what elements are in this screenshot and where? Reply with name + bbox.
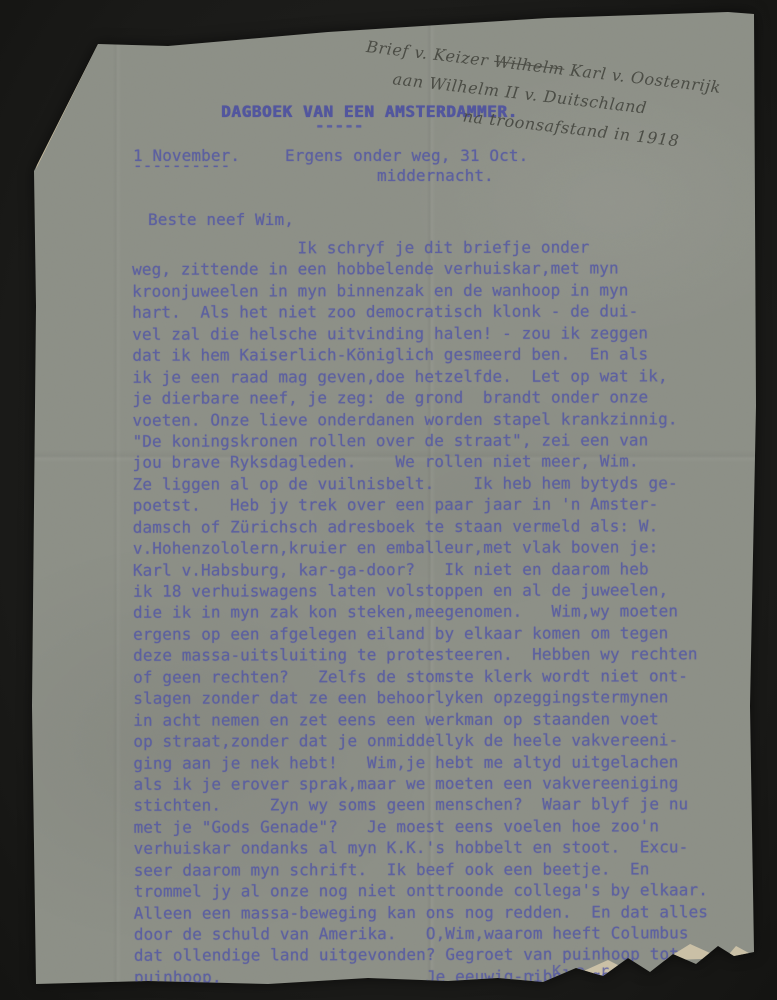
letter-body-line: stichten. Zyn wy soms geen menschen? Waa…	[133, 794, 707, 817]
letter-body-line: ik 18 verhuiswagens laten volstoppen en …	[133, 579, 707, 602]
letter-body-line: verhuiskar ondanks al myn K.K.'s hobbelt…	[134, 836, 708, 859]
letter-paper: DAGBOEK VAN EEN AMSTERDAMMER. ----- 1 No…	[28, 6, 758, 990]
paper-shadow-wrap: DAGBOEK VAN EEN AMSTERDAMMER. ----- 1 No…	[0, 0, 777, 1000]
letter-body-line: poetst. Heb jy trek over een paar jaar i…	[133, 493, 707, 516]
date-underline: ----------	[133, 156, 230, 175]
letter-body-line: dat ollendige land uitgevonden? Gegroet …	[134, 944, 708, 967]
letter-body-line: dat ik hem Kaiserlich-Königlich gesmeerd…	[132, 343, 706, 366]
annotation-struck-word: Wilhelm	[493, 52, 565, 79]
dateline-place: Ergens onder weg, 31 Oct.	[285, 146, 528, 165]
letter-body-line: seer daarom myn schrift. Ik beef ook een…	[134, 858, 708, 881]
letter-body-line: Alleen een massa-beweging kan ons nog re…	[134, 901, 708, 924]
photo-background: DAGBOEK VAN EEN AMSTERDAMMER. ----- 1 No…	[0, 0, 777, 1000]
letter-body-line: damsch of Zürichsch adresboek te staan v…	[133, 515, 707, 538]
letter-body-line: of geen rechten? Zelfs de stomste klerk …	[133, 665, 707, 688]
letter-body-line: v.Hohenzololern,kruier en emballeur,met …	[133, 536, 707, 559]
letter-body-line: ging aan je nek hebt! Wim,je hebt me alt…	[133, 751, 707, 774]
torn-edge	[724, 946, 754, 960]
title-underline: -----	[315, 116, 364, 135]
letter-body-line: trommel jy al onze nog niet onttroonde c…	[134, 879, 708, 902]
signature: . K a r l	[528, 962, 636, 980]
letter-body-line: met je "Gods Genade"? Je moest eens voel…	[134, 815, 708, 838]
letter-body-line: ik je een raad mag geven,doe hetzelfde. …	[132, 365, 706, 388]
dateline-time: middernacht.	[377, 166, 494, 185]
letter-body-line: Ze liggen al op de vuilnisbelt. Ik heb h…	[133, 472, 707, 495]
letter-body: Ik schryf je dit briefje onderweg, zitte…	[132, 236, 708, 988]
letter-body-line: ergens op een afgelegen eiland by elkaar…	[133, 622, 707, 645]
letter-body-line: die ik in myn zak kon steken,meegenomen.…	[133, 601, 707, 624]
letter-body-line: hart. Als het niet zoo democratisch klon…	[132, 301, 706, 324]
letter-body-line: in acht nemen en zet eens een werkman op…	[133, 708, 707, 731]
letter-body-line: voeten. Onze lieve onderdanen worden sta…	[132, 408, 706, 431]
letter-body-line: vel zal die helsche uitvinding halen! - …	[132, 322, 706, 345]
letter-body-line: puinhoop, Je eeuwig-nibelungen-trouwe	[134, 965, 708, 988]
letter-body-line: je dierbare neef, je zeg: de grond brand…	[132, 386, 706, 409]
letter-body-line: deze massa-uitsluiting te protesteeren. …	[133, 644, 707, 667]
letter-body-line: "De koningskronen rollen over de straat"…	[133, 429, 707, 452]
letter-body-line: door de schuld van Amerika. O,Wim,waarom…	[134, 922, 708, 945]
letter-body-line: slagen zonder dat ze een behoorlyken opz…	[133, 686, 707, 709]
letter-body-line: als ik je erover sprak,maar we moeten ee…	[133, 772, 707, 795]
letter-body-line: Karl v.Habsburg, kar-ga-door? Ik niet en…	[133, 558, 707, 581]
letter-body-line: kroonjuweelen in myn binnenzak en de wan…	[132, 279, 706, 302]
letter-body-line: Ik schryf je dit briefje onder	[132, 236, 706, 259]
letter-body-line: weg, zittende in een hobbelende verhuisk…	[132, 258, 706, 281]
letter-body-line: op straat,zonder dat je onmiddellyk de h…	[133, 729, 707, 752]
salutation: Beste neef Wim,	[148, 210, 294, 229]
folded-corner	[28, 6, 148, 206]
letter-body-line: jou brave Ryksdagleden. We rollen niet m…	[133, 451, 707, 474]
